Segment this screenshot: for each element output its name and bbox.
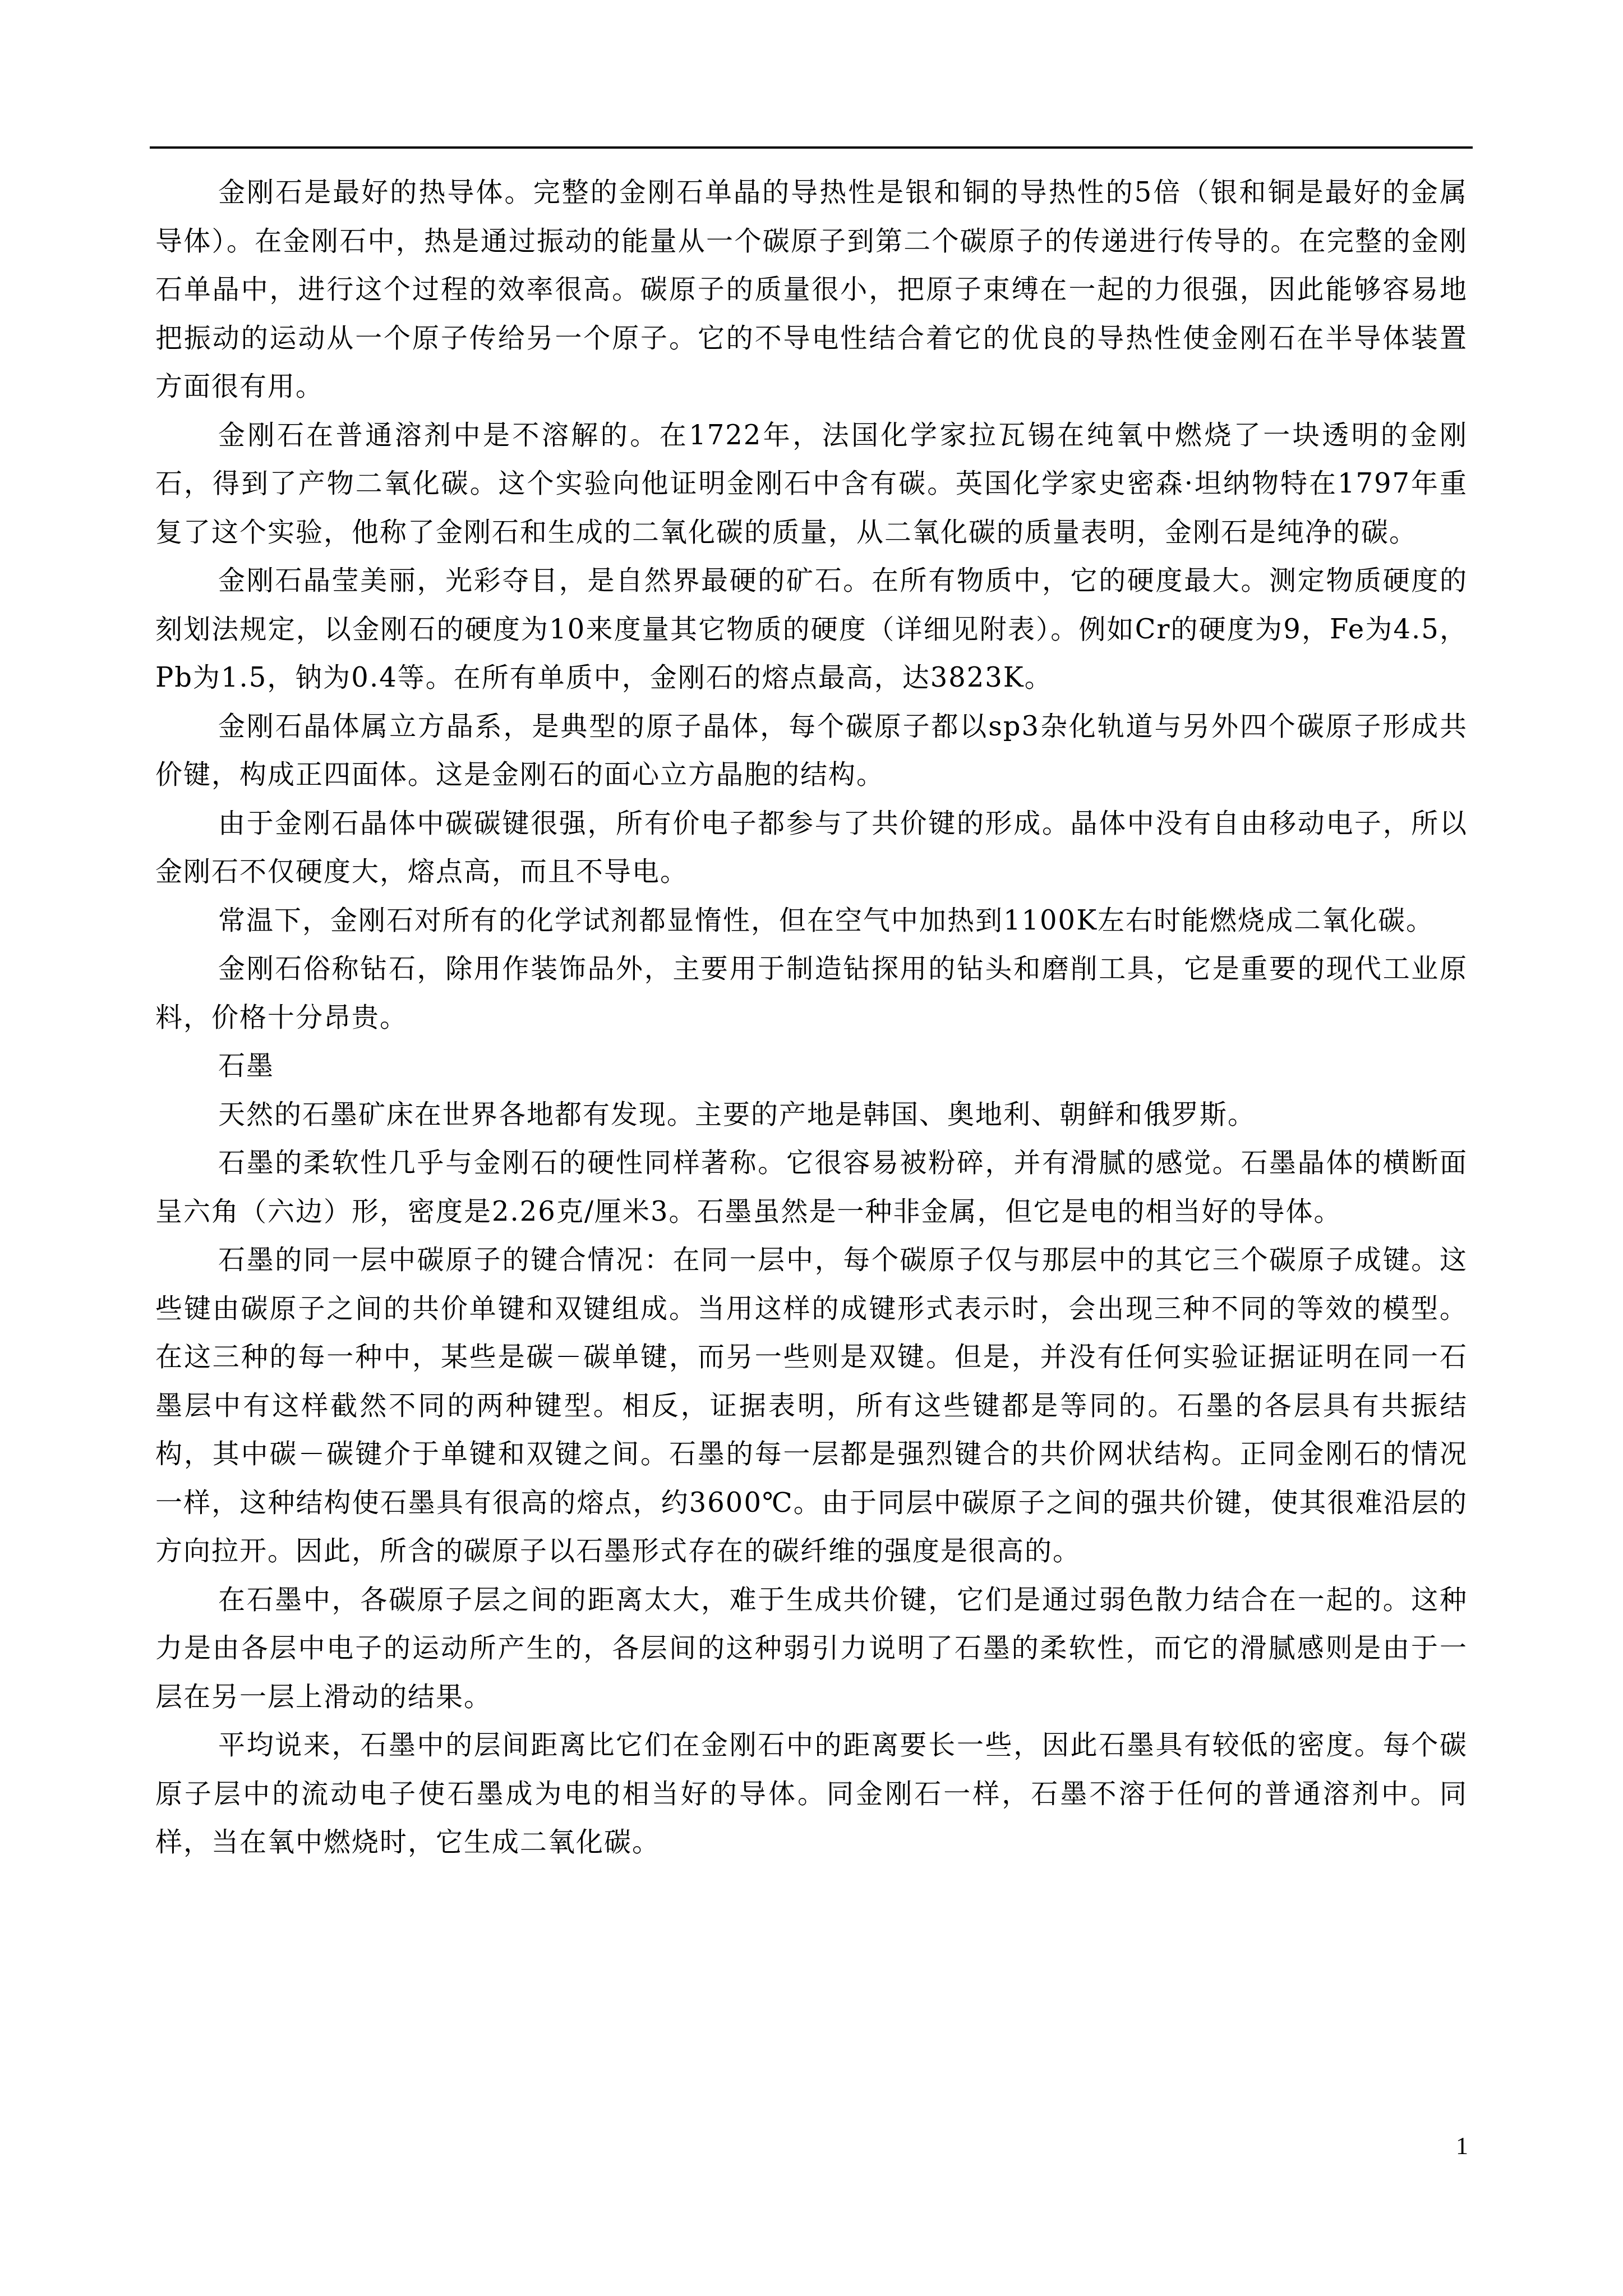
paragraph-diamond-uses: 金刚石俗称钻石，除用作装饰品外，主要用于制造钻探用的钻头和磨削工具，它是重要的现… [155, 945, 1468, 1042]
section-heading-graphite: 石墨 [155, 1042, 1468, 1091]
paragraph-diamond-hardness: 金刚石晶莹美丽，光彩夺目，是自然界最硬的矿石。在所有物质中，它的硬度最大。测定物… [155, 556, 1468, 702]
page-number: 1 [1456, 2132, 1468, 2160]
paragraph-graphite-deposits: 天然的石墨矿床在世界各地都有发现。主要的产地是韩国、奥地利、朝鲜和俄罗斯。 [155, 1091, 1468, 1139]
paragraph-graphite-interlayer-forces: 在石墨中，各碳原子层之间的距离太大，难于生成共价键，它们是通过弱色散力结合在一起… [155, 1576, 1468, 1722]
paragraph-diamond-inertness: 常温下，金刚石对所有的化学试剂都显惰性，但在空气中加热到1100K左右时能燃烧成… [155, 896, 1468, 945]
paragraph-graphite-softness: 石墨的柔软性几乎与金刚石的硬性同样著称。它很容易被粉碎，并有滑腻的感觉。石墨晶体… [155, 1139, 1468, 1236]
paragraph-graphite-density-conductivity: 平均说来，石墨中的层间距离比它们在金刚石中的距离要长一些，因此石墨具有较低的密度… [155, 1721, 1468, 1867]
paragraph-diamond-crystal-structure: 金刚石晶体属立方晶系，是典型的原子晶体，每个碳原子都以sp3杂化轨道与另外四个碳… [155, 702, 1468, 799]
body-text: 金刚石是最好的热导体。完整的金刚石单晶的导热性是银和铜的导热性的5倍（银和铜是最… [155, 168, 1468, 1867]
paragraph-diamond-thermal-conductivity: 金刚石是最好的热导体。完整的金刚石单晶的导热性是银和铜的导热性的5倍（银和铜是最… [155, 168, 1468, 411]
document-page: 金刚石是最好的热导体。完整的金刚石单晶的导热性是银和铜的导热性的5倍（银和铜是最… [0, 0, 1623, 2296]
paragraph-graphite-layer-bonding: 石墨的同一层中碳原子的键合情况：在同一层中，每个碳原子仅与那层中的其它三个碳原子… [155, 1236, 1468, 1576]
header-rule [150, 146, 1473, 149]
paragraph-diamond-bonding: 由于金刚石晶体中碳碳键很强，所有价电子都参与了共价键的形成。晶体中没有自由移动电… [155, 799, 1468, 896]
paragraph-diamond-solubility: 金刚石在普通溶剂中是不溶解的。在1722年，法国化学家拉瓦锡在纯氧中燃烧了一块透… [155, 411, 1468, 557]
